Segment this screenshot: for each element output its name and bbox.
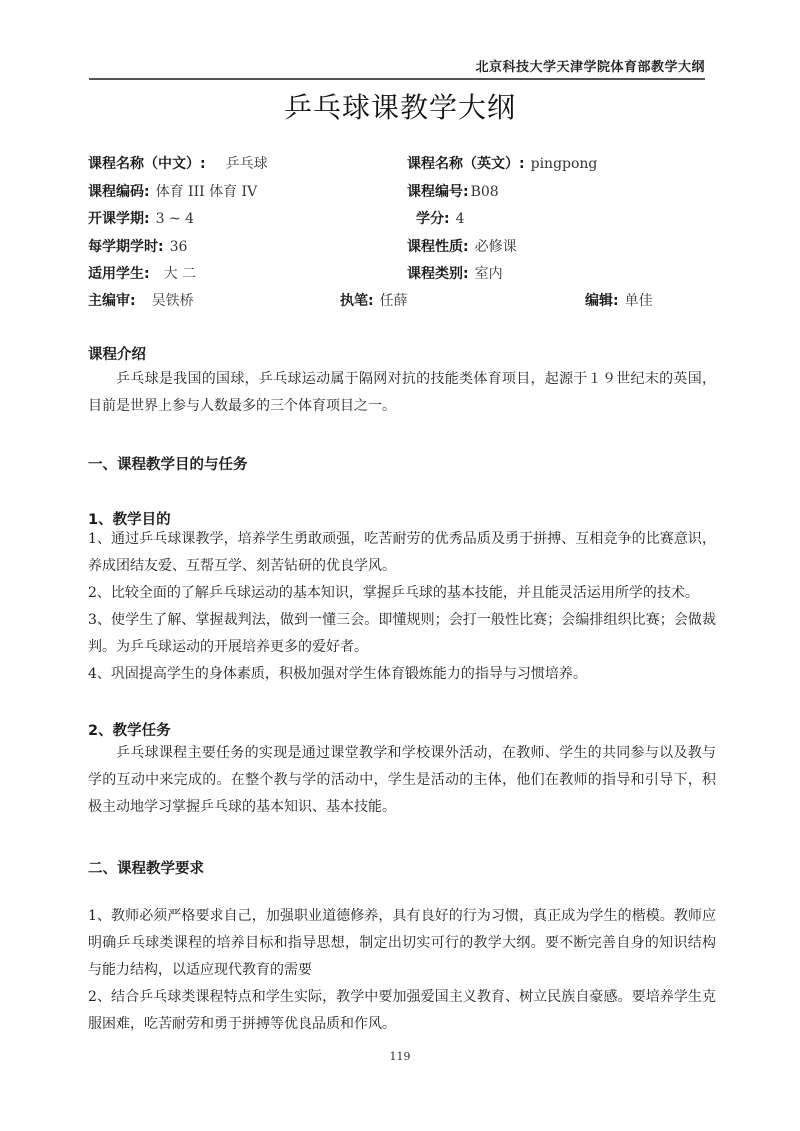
course-nature: 课程性质:必修课: [407, 238, 517, 256]
course-name-en-value: pingpong: [531, 156, 598, 172]
course-category: 课程类别:室内: [407, 265, 503, 283]
credits-value: 4: [456, 211, 465, 227]
running-header: 北京科技大学天津学院体育部教学大纲: [90, 56, 705, 75]
chief-editor: 主编审:吴铁桥: [88, 292, 194, 310]
credits: 学分:4: [416, 210, 465, 228]
course-name-en-label: 课程名称（英文）:: [407, 156, 525, 172]
purpose-item-2: 2、比较全面的了解乒乓球运动的基本知识，掌握乒乓球的基本技能，并且能灵活运用所学…: [88, 580, 716, 607]
hours-value: 36: [170, 239, 188, 255]
document-title: 乒乓球课教学大纲: [0, 86, 800, 126]
course-number-value: B08: [471, 184, 499, 200]
section1-heading: 一、课程教学目的与任务: [88, 453, 248, 474]
teaching-task-heading: 2、教学任务: [88, 719, 171, 740]
teaching-task-text: 乒乓球课程主要任务的实现是通过课堂教学和学校课外活动，在教师、学生的共同参与以及…: [88, 740, 716, 821]
editor-value: 单佳: [625, 293, 653, 309]
target-students-value: 大 二: [164, 266, 196, 282]
semester-label: 开课学期:: [88, 211, 150, 227]
editor-label: 编辑:: [585, 293, 619, 309]
intro-text: 乒乓球是我国的国球，乒乓球运动属于隔网对抗的技能类体育项目，起源于１９世纪末的英…: [88, 366, 716, 420]
purpose-item-3: 3、使学生了解、掌握裁判法，做到一懂三会。即懂规则；会打一般性比赛；会编排组织比…: [88, 607, 716, 661]
course-nature-label: 课程性质:: [407, 239, 469, 255]
semester: 开课学期:3 ~ 4: [88, 210, 194, 228]
hours: 每学期学时:36: [88, 238, 187, 256]
hours-label: 每学期学时:: [88, 239, 164, 255]
course-category-value: 室内: [475, 266, 503, 282]
requirement-item-1: 1、教师必须严格要求自己，加强职业道德修养，具有良好的行为习惯，真正成为学生的楷…: [88, 903, 716, 984]
teaching-purpose-list: 1、通过乒乓球课教学，培养学生勇敢顽强，吃苦耐劳的优秀品质及勇于拼搏、互相竞争的…: [88, 526, 716, 688]
course-number-label: 课程编号:: [407, 184, 469, 200]
course-category-label: 课程类别:: [407, 266, 469, 282]
course-name-en: 课程名称（英文）:pingpong: [407, 155, 597, 173]
course-name-cn-value: 乒乓球: [226, 156, 268, 172]
section2-heading: 二、课程教学要求: [88, 857, 204, 878]
intro-heading: 课程介绍: [88, 343, 146, 364]
editor: 编辑:单佳: [585, 292, 653, 310]
course-number: 课程编号:B08: [407, 183, 499, 201]
course-code-value: 体育 III 体育 IV: [156, 184, 258, 200]
course-name-cn-label: 课程名称（中文）:: [88, 156, 206, 172]
chief-editor-value: 吴铁桥: [152, 293, 194, 309]
course-code: 课程编码:体育 III 体育 IV: [88, 183, 257, 201]
course-nature-value: 必修课: [475, 239, 517, 255]
purpose-item-4: 4、巩固提高学生的身体素质，积极加强对学生体育锻炼能力的指导与习惯培养。: [88, 661, 716, 688]
course-code-label: 课程编码:: [88, 184, 150, 200]
page-number: 119: [0, 1050, 800, 1063]
purpose-item-1: 1、通过乒乓球课教学，培养学生勇敢顽强，吃苦耐劳的优秀品质及勇于拼搏、互相竞争的…: [88, 526, 716, 580]
requirements-list: 1、教师必须严格要求自己，加强职业道德修养，具有良好的行为习惯，真正成为学生的楷…: [88, 903, 716, 1038]
course-name-cn: 课程名称（中文）:乒乓球: [88, 155, 268, 173]
target-students: 适用学生:大 二: [88, 265, 196, 283]
writer-label: 执笔:: [340, 293, 374, 309]
semester-value: 3 ~ 4: [156, 211, 194, 227]
header-rule: [89, 78, 705, 80]
requirement-item-2: 2、结合乒乓球类课程特点和学生实际，教学中要加强爱国主义教育、树立民族自豪感。要…: [88, 984, 716, 1038]
writer: 执笔:任薛: [340, 292, 408, 310]
writer-value: 任薛: [380, 293, 408, 309]
target-students-label: 适用学生:: [88, 266, 150, 282]
credits-label: 学分:: [416, 211, 450, 227]
chief-editor-label: 主编审:: [88, 293, 136, 309]
